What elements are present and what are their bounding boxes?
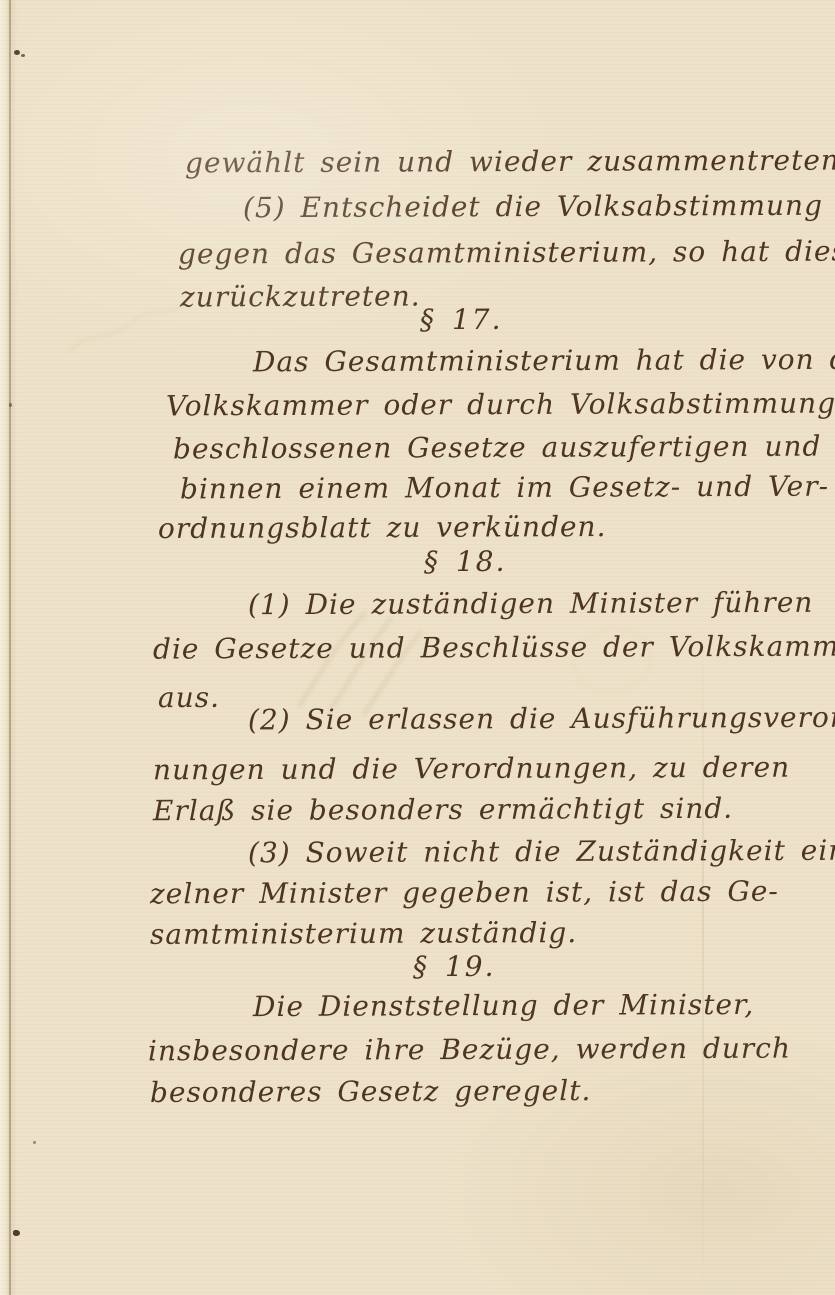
bleedthrough-mark <box>60 295 190 365</box>
ink-speck <box>13 1230 20 1236</box>
manuscript-line: die Gesetze und Beschlüsse der Volkskamm… <box>153 629 835 665</box>
manuscript-line: ordnungsblatt zu verkünden. <box>158 510 607 545</box>
manuscript-line: zelner Minister gegeben ist, ist das Ge- <box>150 875 779 911</box>
manuscript-line: (3) Soweit nicht die Zuständigkeit ein- <box>248 834 835 870</box>
page-edge-strip <box>0 0 9 1295</box>
manuscript-line: Volkskammer oder durch Volksabstimmung <box>166 387 835 423</box>
manuscript-line: Die Dienststellung der Minister, <box>253 988 754 1023</box>
section-heading: § 19. <box>413 950 496 983</box>
section-heading: § 18. <box>424 545 507 578</box>
ink-speck <box>14 50 20 55</box>
manuscript-line: besonderes Gesetz geregelt. <box>150 1074 591 1109</box>
manuscript-line: insbesondere ihre Bezüge, werden durch <box>148 1032 791 1068</box>
section-heading: § 17. <box>420 303 503 336</box>
manuscript-line: samtministerium zuständig. <box>150 916 577 951</box>
manuscript-line: aus. <box>158 681 220 714</box>
manuscript-line: zurückzutreten. <box>180 279 421 313</box>
manuscript-line: beschlossenen Gesetze auszufertigen und <box>173 430 822 466</box>
ink-speck <box>21 54 25 57</box>
ink-speck <box>33 1141 36 1144</box>
manuscript-line: (1) Die zuständigen Minister führen <box>248 586 814 621</box>
manuscript-line: gewählt sein und wieder zusammentreten. <box>185 144 835 180</box>
manuscript-line: (5) Entscheidet die Volksabstimmung <box>243 189 823 225</box>
ink-speck <box>9 403 12 407</box>
manuscript-line: nungen und die Verordnungen, zu deren <box>153 751 790 787</box>
manuscript-line: (2) Sie erlassen die Ausführungsverord- <box>248 701 835 737</box>
manuscript-page: gewählt sein und wieder zusammentreten. … <box>0 0 835 1295</box>
manuscript-line: binnen einem Monat im Gesetz- und Ver- <box>180 470 829 506</box>
manuscript-line: Das Gesamtministerium hat die von der <box>253 343 835 379</box>
manuscript-line: gegen das Gesamtministerium, so hat dies… <box>178 234 835 270</box>
page-fold-crease <box>9 0 11 1295</box>
manuscript-line: Erlaß sie besonders ermächtigt sind. <box>153 792 733 828</box>
